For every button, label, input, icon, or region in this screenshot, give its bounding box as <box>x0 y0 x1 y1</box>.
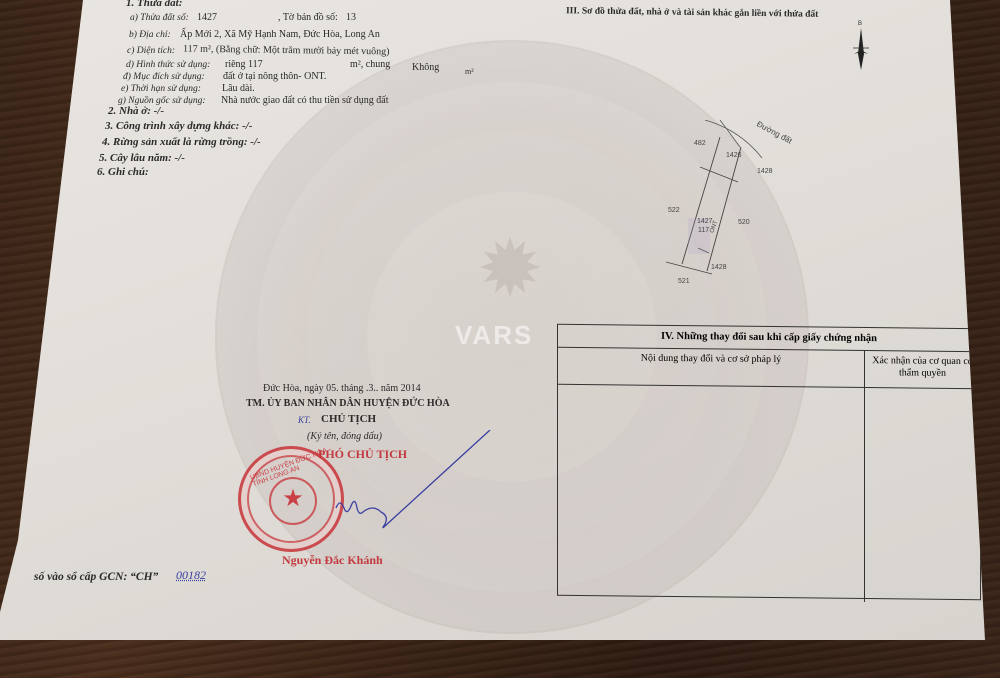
term-label: e) Thời hạn sử dụng: <box>121 84 201 94</box>
address-label: b) Địa chỉ: <box>129 30 171 40</box>
svg-text:B: B <box>858 21 862 27</box>
registry-number: 00182 <box>176 568 206 583</box>
main-parcel-number: 1427 <box>697 218 713 225</box>
handwritten-signature <box>330 430 500 540</box>
use-form-shared: Không <box>412 62 439 73</box>
parcel-520: 520 <box>738 219 750 226</box>
parcel-number: 1427 <box>197 12 217 23</box>
section-3-other-construction: 3. Công trình xây dựng khác: -/- <box>105 120 252 132</box>
parcel-522: 522 <box>668 207 680 214</box>
area-label: c) Diện tích: <box>127 46 175 56</box>
origin-value: Nhà nước giao đất có thu tiền sử dụng đấ… <box>221 95 388 106</box>
issue-date: Đức Hòa, ngày 05. tháng .3.. năm 2014 <box>263 383 421 394</box>
section-4-forest: 4. Rừng sản xuất là rừng trồng: -/- <box>102 136 261 148</box>
changes-col-confirmation: Xác nhận của cơ quan có thẩm quyền <box>865 351 980 388</box>
parcel-1428-north: 1428 <box>757 168 773 175</box>
official-red-stamp: UBND HUYỆN ĐỨC HÒA - TỈNH LONG AN ★ <box>238 446 344 552</box>
kt-mark: KT. <box>298 415 311 425</box>
signer-name: Nguyễn Đắc Khánh <box>282 553 383 568</box>
changes-col-content: Nội dung thay đổi và cơ sở pháp lý <box>558 348 865 387</box>
use-form-unit: m², chung <box>350 59 390 70</box>
section-1-heading: 1. Thửa đất: <box>126 0 182 9</box>
map-sheet-number: 13 <box>346 12 356 23</box>
section-6-notes: 6. Ghi chú: <box>97 166 149 178</box>
changes-content-cell <box>558 385 865 602</box>
use-form-shared-unit: m² <box>465 67 474 76</box>
use-form-private: riêng 117 <box>225 59 263 70</box>
drum-star-icon: ✹ <box>470 230 550 310</box>
use-form-label: d) Hình thức sử dụng: <box>126 60 210 70</box>
north-arrow-icon: B <box>852 18 870 73</box>
chairman-title: CHỦ TỊCH <box>321 413 376 425</box>
parcel-521: 521 <box>678 278 690 285</box>
parcel-482: 482 <box>694 140 706 147</box>
area-value: 117 m², (Bằng chữ: Một trăm mười bảy mét… <box>183 44 390 58</box>
section-5-perennial-trees: 5. Cây lâu năm: -/- <box>99 152 185 164</box>
purpose-value: đất ở tại nông thôn- ONT. <box>223 71 326 82</box>
main-parcel-area: 117 <box>698 227 709 234</box>
issuing-authority: TM. ỦY BAN NHÂN DÂN HUYỆN ĐỨC HÒA <box>246 398 450 409</box>
land-certificate-page: ✹ VARS 1. Thửa đất: a) Thửa đất số: 1427… <box>0 0 1000 678</box>
changes-table: IV. Những thay đổi sau khi cấp giấy chứn… <box>557 324 981 600</box>
parcel-number-label: a) Thửa đất số: <box>130 13 189 23</box>
map-sheet-label: , Tờ bản đồ số: <box>278 12 338 23</box>
section-2-house: 2. Nhà ở: -/- <box>108 105 164 117</box>
section-3-diagram-heading: III. Sơ đồ thửa đất, nhà ở và tài sản kh… <box>566 6 818 20</box>
address-value: Ấp Mới 2, Xã Mỹ Hạnh Nam, Đức Hòa, Long … <box>180 29 380 40</box>
term-value: Lâu dài. <box>222 83 255 94</box>
purpose-label: đ) Mục đích sử dụng: <box>123 72 205 82</box>
parcel-1428-south: 1428 <box>711 264 727 271</box>
changes-confirmation-cell <box>865 388 980 599</box>
national-emblem-icon: ★ <box>269 477 317 525</box>
parcel-1426: 1426 <box>726 152 742 159</box>
vars-watermark: VARS <box>455 320 533 351</box>
registry-label: số vào sổ cấp GCN: “CH” <box>34 571 158 583</box>
